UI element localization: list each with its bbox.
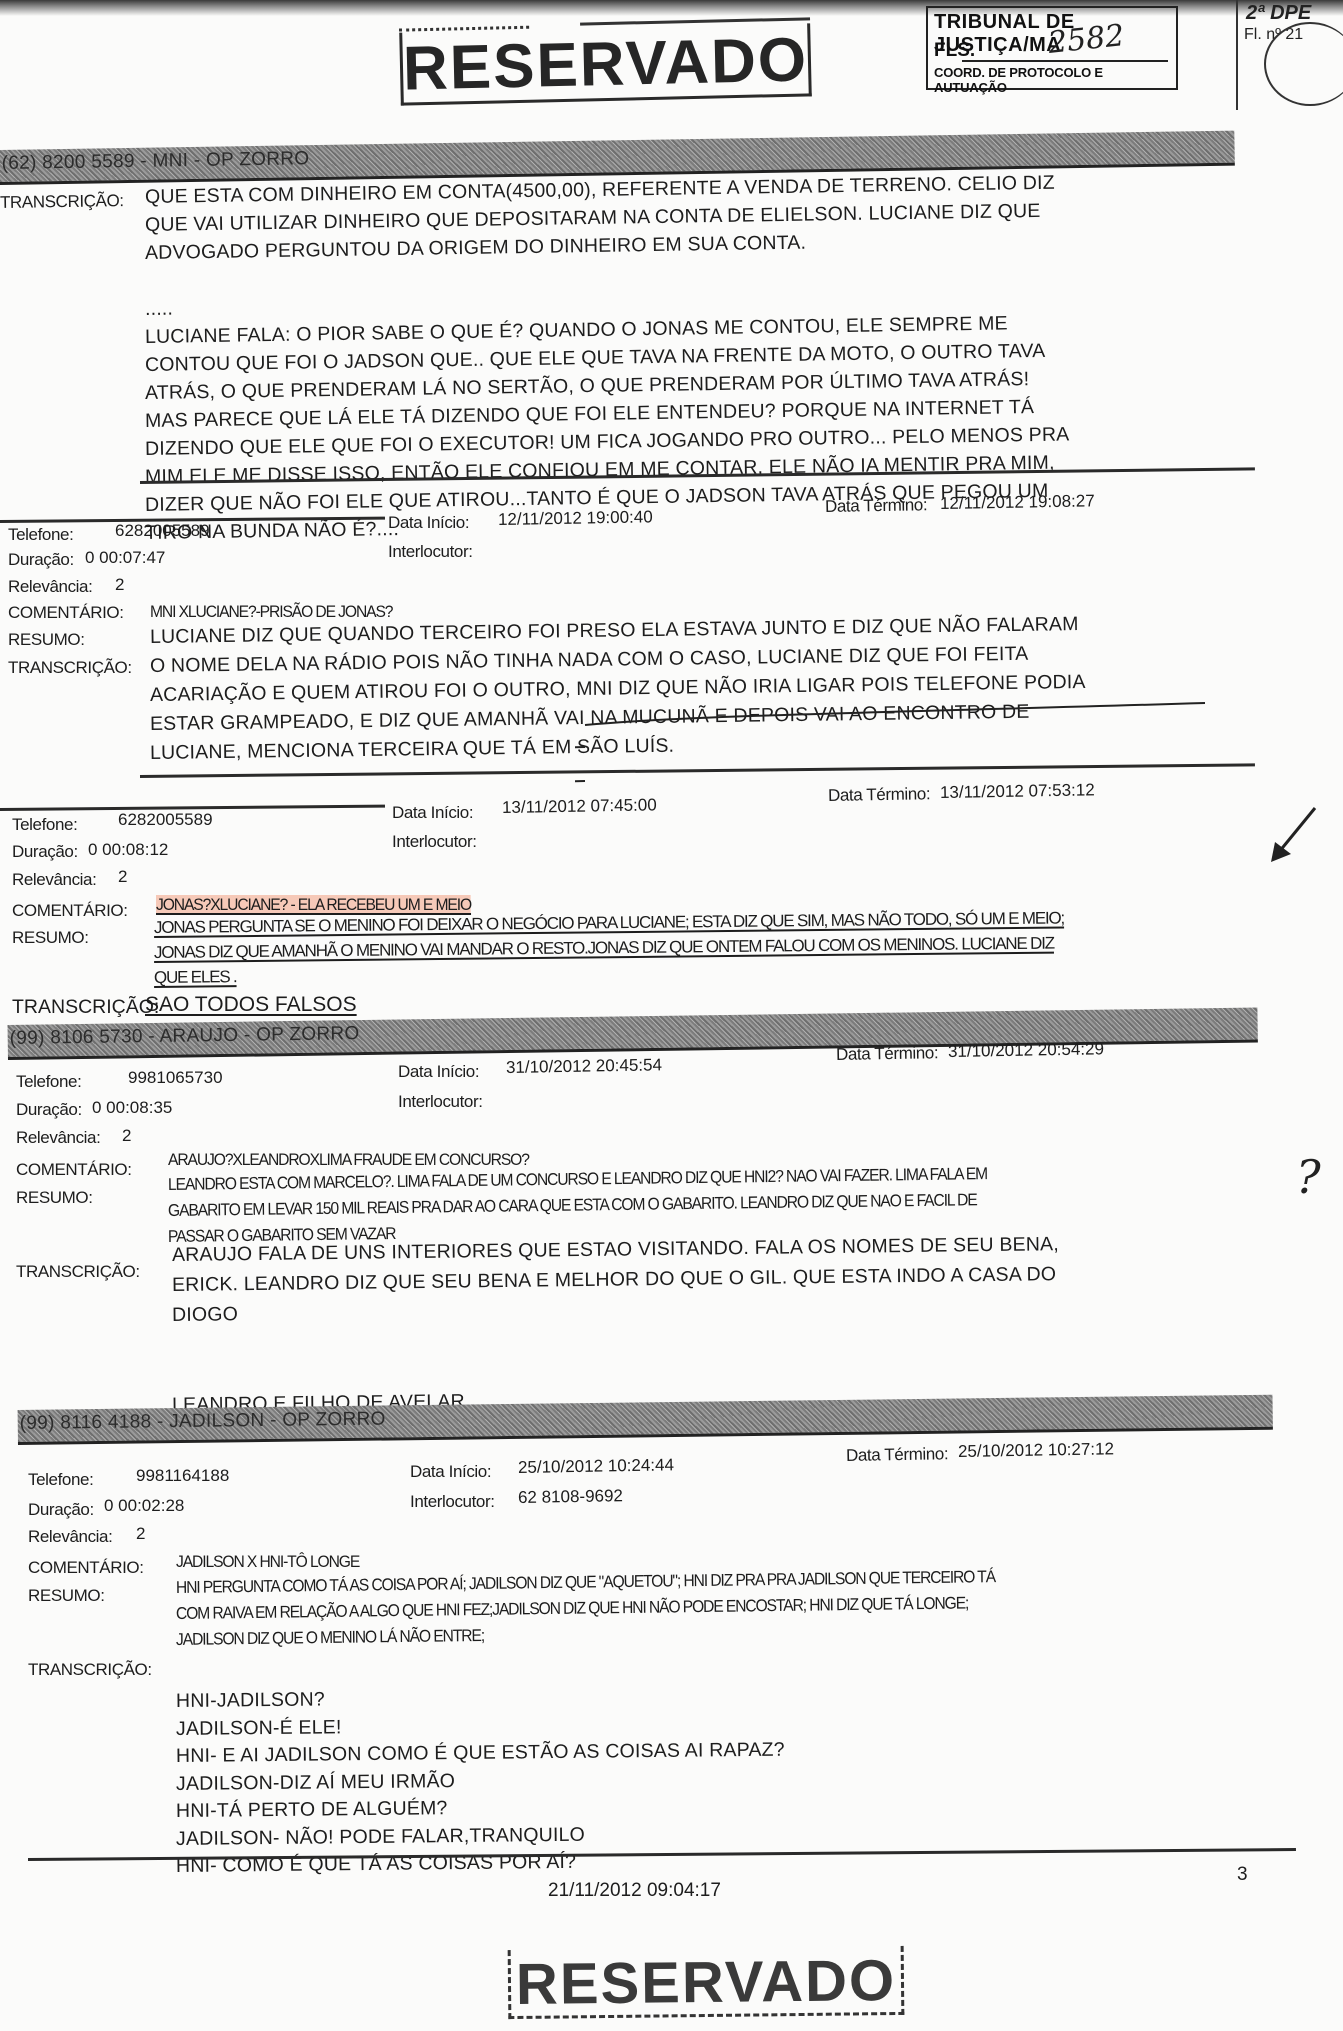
text-line: ERICK. LEANDRO DIZ QUE SEU BENA E MELHOR…	[172, 1263, 1056, 1297]
text-line: QUE ELES .	[154, 967, 237, 988]
transcricao-label: TRANSCRIÇÃO:	[0, 191, 124, 213]
tribunal-stamp: TRIBUNAL DE JUSTIÇA/MA FLS. 2582 COORD. …	[926, 6, 1178, 90]
text-line: JADILSON DIZ QUE O MENINO LÁ NÃO ENTRE;	[176, 1626, 484, 1650]
transcricao-label: TRANSCRIÇÃO:	[28, 1660, 152, 1680]
text-line: COM RAIVA EM RELAÇÃO A ALGO QUE HNI FEZ;…	[176, 1593, 968, 1624]
data-inicio-value: 31/10/2012 20:45:54	[506, 1055, 662, 1078]
reservado-stamp-bottom: RESERVADO	[508, 1946, 905, 2019]
duracao-label: Duração:	[16, 1100, 82, 1120]
relevancia-value: 2	[118, 867, 127, 887]
text-line: JADILSON- NÃO! PODE FALAR,TRANQUILO	[176, 1823, 585, 1850]
data-termino-label: Data Término:	[825, 495, 928, 517]
interlocutor-label: Interlocutor:	[410, 1492, 495, 1512]
telefone-value: 9981164188	[136, 1466, 229, 1486]
text-line: HNI- E AI JADILSON COMO É QUE ESTÃO AS C…	[176, 1739, 785, 1768]
footer-timestamp: 21/11/2012 09:04:17	[548, 1880, 721, 1902]
text-line: DIOGO	[172, 1303, 238, 1327]
record-header-text: (62) 8200 5589 - MNI - OP ZORRO	[1, 148, 309, 175]
relevancia-value: 2	[122, 1126, 131, 1146]
data-inicio-label: Data Início:	[410, 1462, 491, 1482]
handwritten-arrow-icon	[1265, 800, 1325, 870]
text-line: HNI-JADILSON?	[176, 1688, 325, 1713]
text-line: HNI-TÁ PERTO DE ALGUÉM?	[176, 1797, 448, 1823]
duracao-label: Duração:	[8, 550, 74, 570]
handwritten-arc-icon	[1264, 22, 1343, 106]
text-line: JADILSON-É ELE!	[176, 1716, 342, 1741]
data-inicio-value: 12/11/2012 19:00:40	[498, 507, 653, 530]
relevancia-label: Relevância:	[16, 1128, 100, 1148]
data-termino-value: 12/11/2012 19:08:27	[940, 491, 1095, 514]
duracao-value: 0 00:08:12	[88, 840, 168, 860]
text-line: JADILSON-DIZ AÍ MEU IRMÃO	[176, 1770, 455, 1796]
comentario-value: JONAS?XLUCIANE? - ELA RECEBEU UM E MEIO	[156, 895, 471, 915]
duracao-label: Duração:	[12, 842, 78, 862]
resumo-label: RESUMO:	[8, 630, 85, 650]
tribunal-stamp-line	[962, 60, 1168, 62]
text-line: JONAS DIZ QUE AMANHÃ O MENINO VAI MANDAR…	[154, 934, 1054, 963]
duracao-label: Duração:	[28, 1500, 94, 1520]
data-termino-label: Data Término:	[836, 1043, 939, 1065]
interlocutor-label: Interlocutor:	[398, 1092, 483, 1112]
comentario-value: ARAUJO?XLEANDROXLIMA FRAUDE EM CONCURSO?	[168, 1150, 529, 1170]
transcricao-label: TRANSCRIÇÃO:	[16, 1262, 140, 1282]
relevancia-label: Relevância:	[28, 1527, 112, 1547]
duracao-value: 0 00:07:47	[85, 548, 165, 568]
telefone-value: 6282005589	[118, 810, 213, 830]
transcricao-label: TRANSCRIÇÃO:	[12, 996, 159, 1019]
resumo-label: RESUMO:	[28, 1586, 105, 1606]
text-line: ADVOGADO PERGUNTOU DA ORIGEM DO DINHEIRO…	[145, 232, 807, 265]
reservado-stamp-top: RESERVADO	[399, 23, 812, 105]
comentario-label: COMENTÁRIO:	[16, 1160, 132, 1180]
handwritten-question-mark: ?	[1296, 1150, 1321, 1204]
telefone-label: Telefone:	[8, 525, 73, 545]
telefone-label: Telefone:	[28, 1470, 93, 1490]
side-folio-stamp: 2ª DPE Fl. nº 21	[1236, 0, 1343, 110]
relevancia-value: 2	[115, 575, 124, 595]
record-header-text: (99) 8106 5730 - ARAUJO - OP ZORRO	[10, 1023, 360, 1050]
interlocutor-label: Interlocutor:	[388, 542, 473, 562]
tribunal-stamp-footer: COORD. DE PROTOCOLO E AUTUAÇÃO	[934, 65, 1176, 95]
resumo-label: RESUMO:	[16, 1188, 93, 1208]
text-line: GABARITO EM LEVAR 150 MIL REAIS PRA DAR …	[168, 1190, 977, 1221]
data-termino-value: 25/10/2012 10:27:12	[958, 1439, 1114, 1462]
comentario-label: COMENTÁRIO:	[28, 1558, 144, 1578]
highlight-mark: JONAS?XLUCIANE? - ELA RECEBEU UM E MEIO	[156, 895, 471, 914]
telefone-value: 9981065730	[128, 1068, 223, 1088]
data-inicio-label: Data Início:	[392, 803, 473, 823]
record-header-text: (99) 8116 4188 - JADILSON - OP ZORRO	[20, 1409, 386, 1435]
resumo-label: RESUMO:	[12, 928, 89, 948]
comentario-value: JADILSON X HNI-TÔ LONGE	[176, 1552, 359, 1572]
comentario-value: MNI XLUCIANE?-PRISÃO DE JONAS?	[150, 602, 392, 622]
telefone-value: 6282005589	[115, 521, 210, 541]
relevancia-label: Relevância:	[12, 870, 96, 890]
comentario-label: COMENTÁRIO:	[8, 603, 124, 623]
data-inicio-label: Data Início:	[388, 513, 469, 533]
tribunal-stamp-fls-label: FLS.	[934, 40, 975, 62]
page-number: 3	[1237, 1864, 1248, 1886]
telefone-label: Telefone:	[12, 815, 77, 835]
transcricao-label: TRANSCRIÇÃO:	[8, 658, 132, 678]
data-inicio-label: Data Início:	[398, 1062, 479, 1082]
duracao-value: 0 00:08:35	[92, 1098, 172, 1118]
transcricao-value: SAO TODOS FALSOS	[145, 993, 357, 1017]
handwritten-underline-icon	[575, 695, 1215, 810]
side-stamp-title: 2ª DPE	[1246, 2, 1311, 25]
data-termino-value: 31/10/2012 20:54:29	[948, 1039, 1104, 1062]
data-inicio-value: 25/10/2012 10:24:44	[518, 1455, 674, 1478]
interlocutor-value: 62 8108-9692	[518, 1486, 623, 1508]
interlocutor-label: Interlocutor:	[392, 832, 477, 852]
duracao-value: 0 00:02:28	[104, 1496, 184, 1516]
data-termino-label: Data Término:	[846, 1444, 949, 1466]
text-line: .....	[145, 298, 173, 321]
relevancia-value: 2	[136, 1524, 145, 1544]
relevancia-label: Relevância:	[8, 577, 92, 597]
comentario-label: COMENTÁRIO:	[12, 901, 128, 921]
telefone-label: Telefone:	[16, 1072, 81, 1092]
